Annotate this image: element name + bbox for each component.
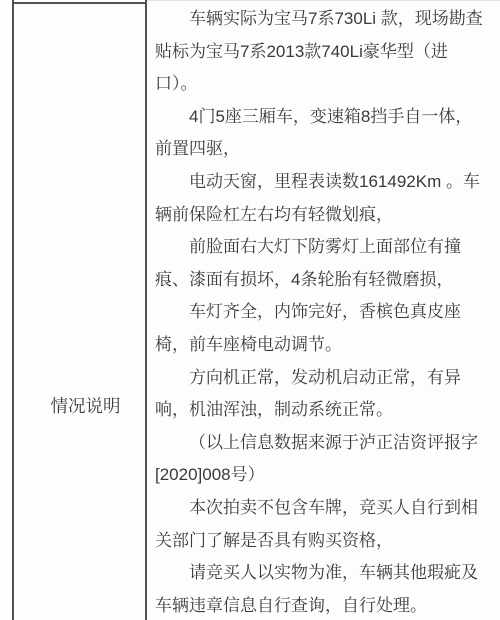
document-page: 情况说明 车辆实际为宝马7系730Li 款，现场勘查贴标为宝马7系2013款74… — [0, 0, 500, 620]
description-paragraph: 电动天窗，里程表读数161492Km 。车辆前保险杠左右均有轻微划痕， — [155, 166, 485, 231]
description-paragraph: 方向机正常，发动机启动正常，有异响，机油浑浊，制动系统正常。 — [155, 362, 485, 427]
description-paragraph: 4门5座三厢车，变速箱8挡手自一体，前置四驱， — [155, 101, 485, 166]
table-column-divider — [145, 0, 147, 620]
row-header-label: 情况说明 — [26, 396, 145, 416]
description-paragraph: 车灯齐全，内饰完好，香槟色真皮座椅，前车座椅电动调节。 — [155, 296, 485, 361]
description-paragraph: 车辆实际为宝马7系730Li 款，现场勘查贴标为宝马7系2013款740Li豪华… — [155, 3, 485, 101]
description-paragraph: 前脸面右大灯下防雾灯上面部位有撞痕、漆面有损坏，4条轮胎有轻微磨损， — [155, 231, 485, 296]
row-content-cell: 车辆实际为宝马7系730Li 款，现场勘查贴标为宝马7系2013款740Li豪华… — [155, 0, 485, 620]
description-paragraph: 本次拍卖不包含车牌，竞买人自行到相关部门了解是否具有购买资格， — [155, 492, 485, 557]
description-paragraph: 请竞买人以实物为准，车辆其他瑕疵及车辆违章信息自行查询，自行处理。 — [155, 557, 485, 620]
description-paragraph: （以上信息数据来源于泸正洁资评报字[2020]008号） — [155, 427, 485, 492]
row-header-cell: 情况说明 — [14, 0, 145, 620]
